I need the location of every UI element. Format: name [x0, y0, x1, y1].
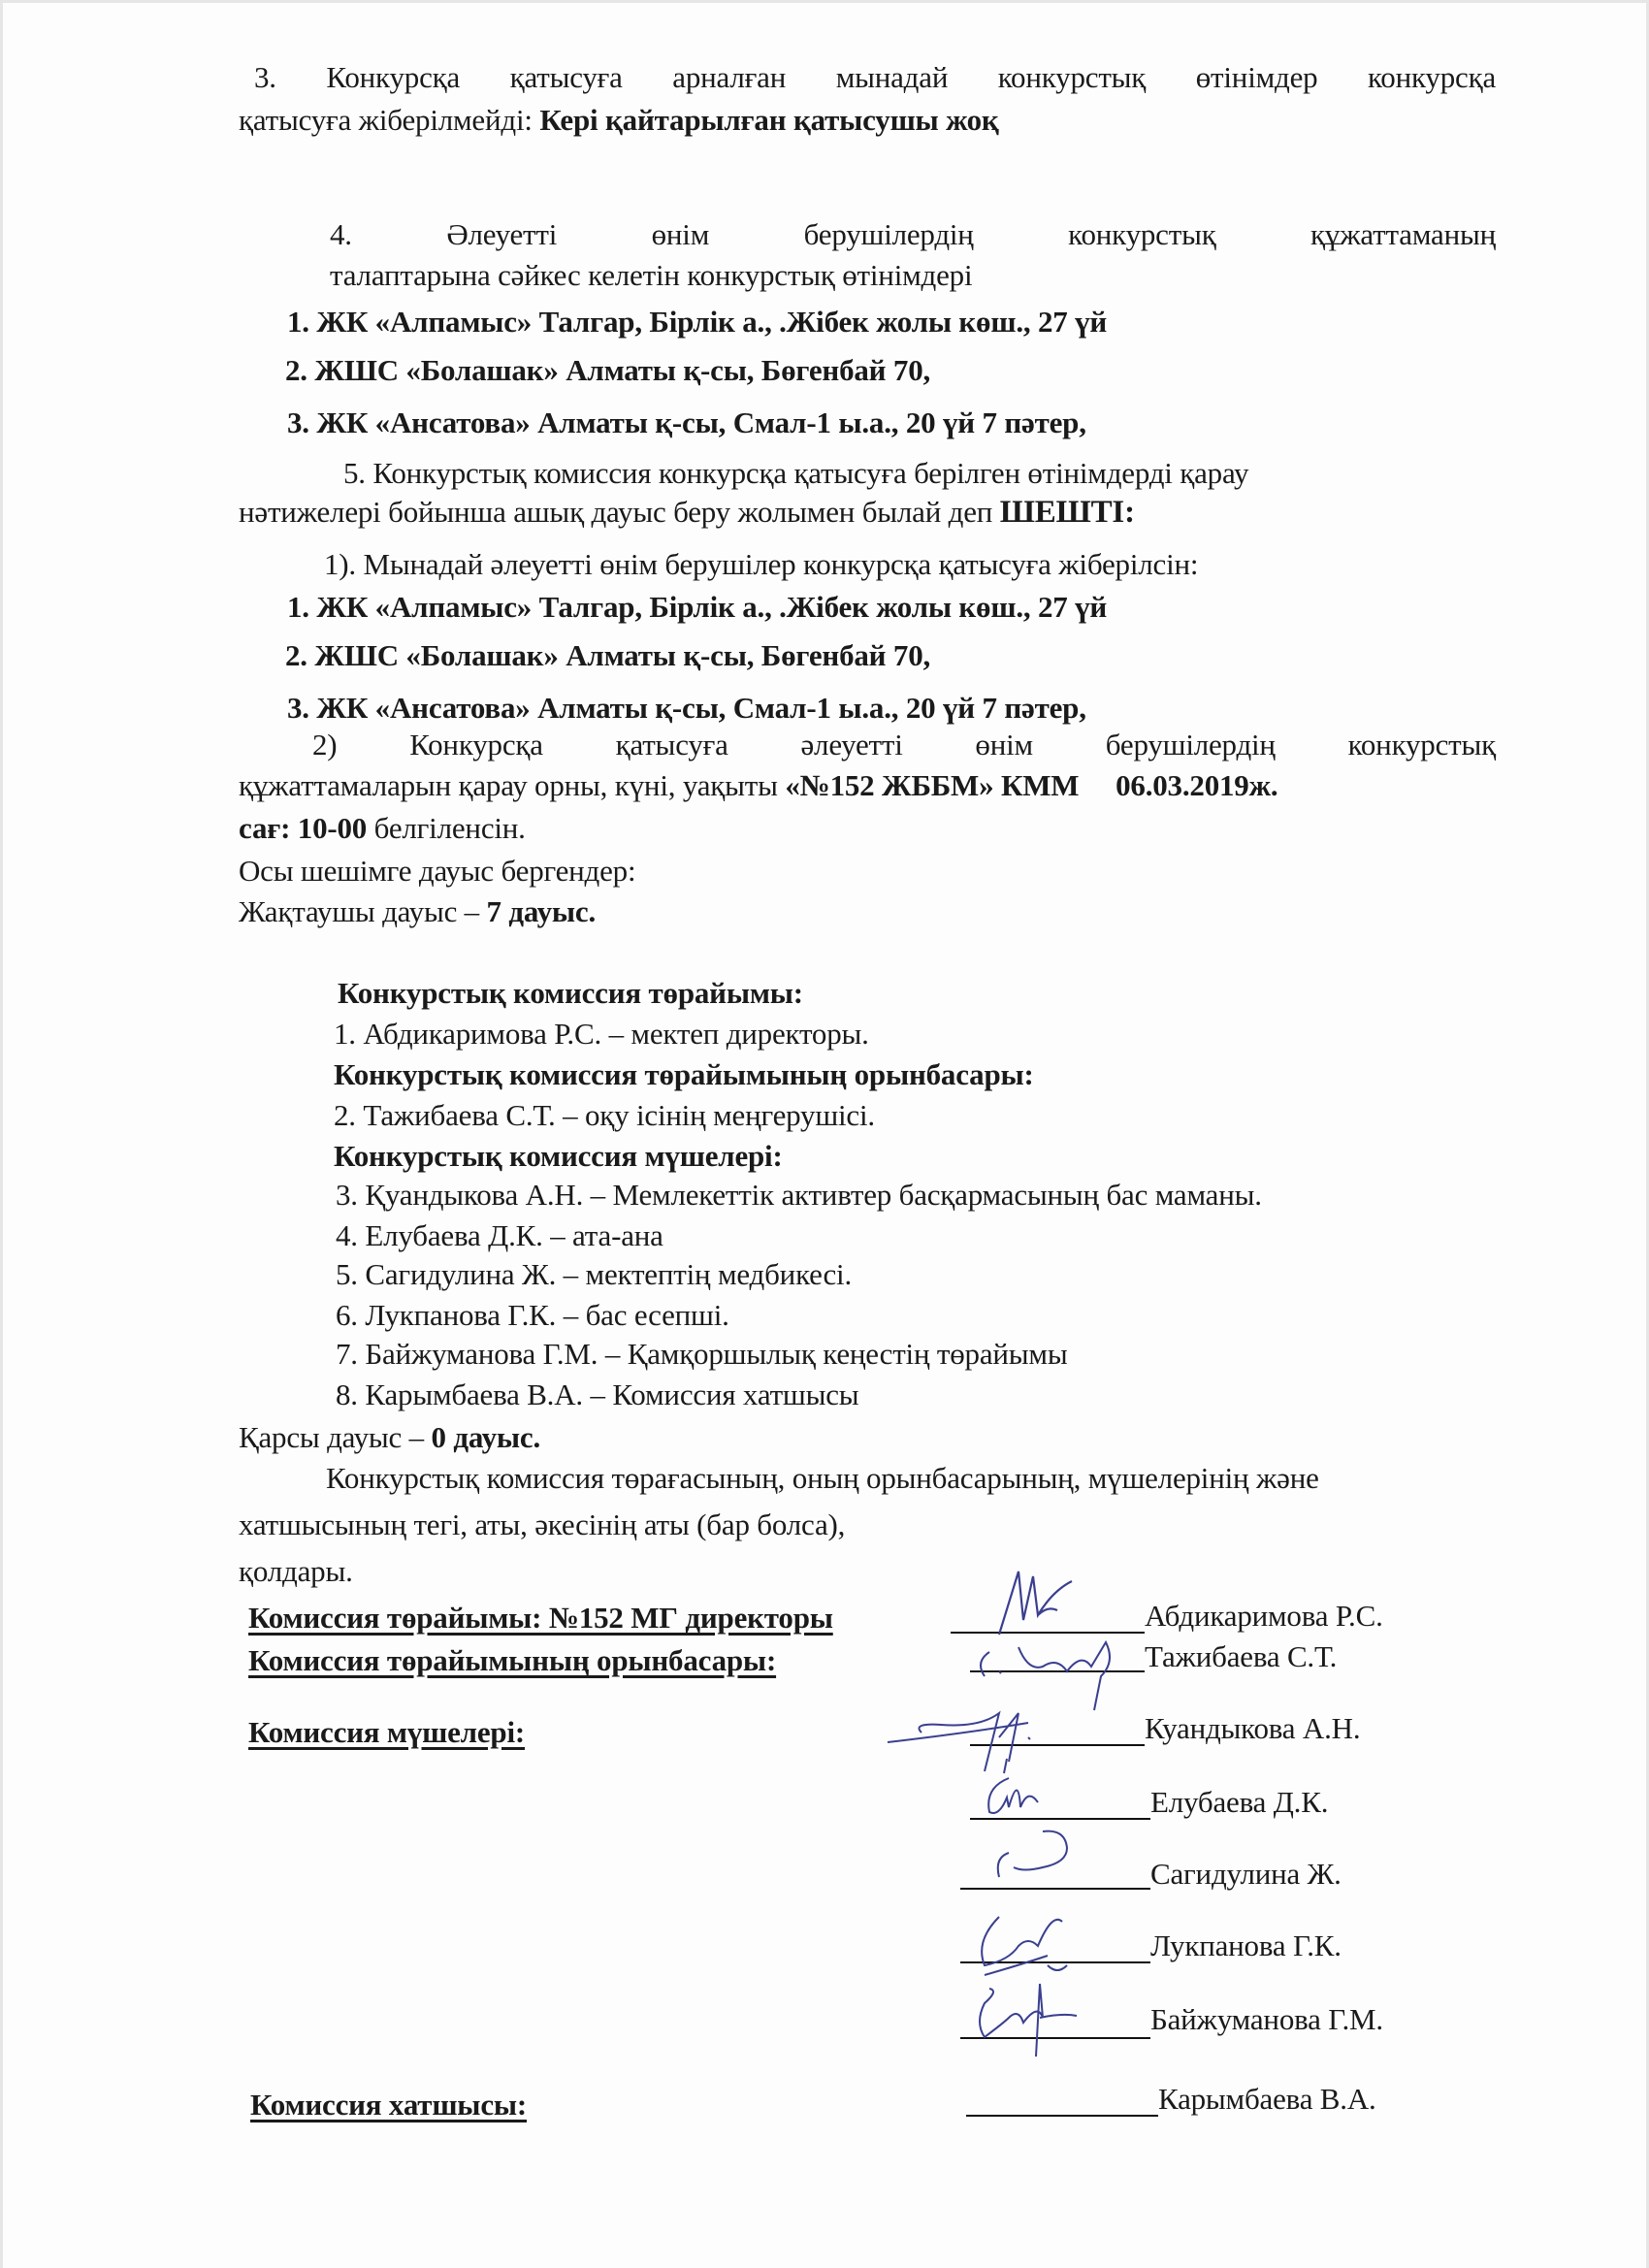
member-signature-name-1: Куандыкова А.Н. — [1145, 1709, 1360, 1748]
members-signature-label: Комиссия мүшелері: — [248, 1713, 525, 1752]
member-signature-4 — [970, 1907, 1086, 1990]
section3-line1: 3. Конкурсқа қатысуға арналған мынадай к… — [254, 58, 1496, 97]
chair-signature-name: Абдикаримова Р.С. — [1145, 1597, 1383, 1636]
decision2-line1: 2) Конкурсқа қатысуға әлеуетті өнім беру… — [312, 726, 1496, 764]
member-signature-name-5: Байжуманова Г.М. — [1150, 2000, 1383, 2039]
members-heading: Конкурстық комиссия мүшелері: — [334, 1137, 783, 1176]
voted-label: Осы шешімге дауыс бергендер: — [239, 852, 635, 891]
votes-for-label: Жақтаушы дауыс – — [239, 894, 487, 928]
closing-line1: Конкурстық комиссия төрағасының, оның ор… — [326, 1459, 1319, 1498]
member-signature-name-3: Сагидулина Ж. — [1150, 1855, 1342, 1894]
votes-against-count: 0 дауыс. — [432, 1420, 540, 1454]
votes-for: Жақтаушы дауыс – 7 дауыс. — [239, 892, 596, 931]
scan-edge-top — [0, 0, 1649, 3]
closing-line2: хатшысының тегі, аты, әкесінің аты (бар … — [239, 1506, 845, 1544]
votes-for-count: 7 дауыс. — [487, 894, 596, 928]
member-signature-name-4: Лукпанова Г.К. — [1150, 1927, 1342, 1965]
secretary-signature-name: Карымбаева В.А. — [1158, 2080, 1376, 2119]
section4-item-1: 1. ЖК «Алпамыс» Талгар, Бірлік а., .Жібе… — [287, 303, 1107, 341]
member-signature-name-2: Елубаева Д.К. — [1150, 1783, 1328, 1822]
decision2-line3-text: белгіленсін. — [367, 811, 526, 845]
votes-against-label: Қарсы дауыс – — [239, 1420, 432, 1454]
secretary-signature-line — [966, 2115, 1158, 2117]
deputy-member: 2. Тажибаева С.Т. – оқу ісінің меңгеруші… — [334, 1096, 875, 1135]
scan-edge-left — [0, 0, 3, 2268]
votes-against: Қарсы дауыс – 0 дауыс. — [239, 1418, 540, 1457]
chair-signature-label: Комиссия төрайымы: №152 МГ директоры — [248, 1599, 833, 1637]
closing-line3: қолдары. — [239, 1552, 353, 1591]
section5-line1: 5. Конкурстық комиссия конкурсқа қатысуғ… — [343, 454, 1248, 493]
section4-line2: талаптарына сәйкес келетін конкурстық өт… — [330, 256, 972, 295]
decision1-item-3: 3. ЖК «Ансатова» Алматы қ-сы, Смал-1 ы.а… — [287, 689, 1086, 728]
section4-line1: 4. Әлеуетті өнім берушілердің конкурстық… — [330, 215, 1496, 254]
decision1-item-1: 1. ЖК «Алпамыс» Талгар, Бірлік а., .Жібе… — [287, 588, 1107, 627]
deputy-heading: Конкурстық комиссия төрайымының орынбаса… — [334, 1055, 1034, 1094]
member-4: 4. Елубаева Д.К. – ата-ана — [336, 1216, 663, 1255]
section5-decided: ШЕШТІ: — [1000, 495, 1135, 530]
decision2-line2-text: құжаттамаларын қарау орны, күні, уақыты — [239, 768, 785, 802]
decision2-line2: құжаттамаларын қарау орны, күні, уақыты … — [239, 766, 1496, 805]
member-3: 3. Қуандыкова А.Н. – Мемлекеттік активте… — [336, 1176, 1262, 1215]
member-5: 5. Сагидулина Ж. – мектептің медбикесі. — [336, 1255, 852, 1294]
secretary-signature-label: Комиссия хатшысы: — [250, 2086, 527, 2124]
document-page: 3. Конкурсқа қатысуға арналған мынадай к… — [0, 0, 1649, 2268]
decision2-place-date: «№152 ЖББМ» КММ 06.03.2019ж. — [785, 768, 1277, 802]
member-signature-3 — [989, 1824, 1086, 1896]
section3-line2-text: қатысуға жіберілмейді: — [239, 103, 539, 137]
deputy-signature-name: Тажибаева С.Т. — [1145, 1637, 1337, 1676]
decision1-heading: 1). Мынадай әлеуетті өнім берушілер конк… — [324, 545, 1198, 584]
member-7: 7. Байжуманова Г.М. – Қамқоршылық кеңест… — [336, 1335, 1067, 1374]
decision2-time: сағ: 10-00 — [239, 811, 367, 845]
decision1-item-2: 2. ЖШС «Болашак» Алматы қ-сы, Бөгенбай 7… — [285, 636, 930, 675]
member-signature-5 — [970, 1979, 1086, 2061]
member-8: 8. Карымбаева В.А. – Комиссия хатшысы — [336, 1376, 858, 1414]
chair-heading: Конкурстық комиссия төрайымы: — [338, 974, 803, 1013]
deputy-signature-label: Комиссия төрайымының орынбасары: — [248, 1641, 776, 1680]
section5-line2-text: нәтижелері бойынша ашық дауыс беру жолым… — [239, 495, 1000, 529]
member-6: 6. Лукпанова Г.К. – бас есепші. — [336, 1296, 729, 1335]
chair-signature — [980, 1562, 1086, 1644]
section4-item-2: 2. ЖШС «Болашак» Алматы қ-сы, Бөгенбай 7… — [285, 351, 930, 390]
member-signature-2 — [980, 1754, 1057, 1827]
section5-line2: нәтижелері бойынша ашық дауыс беру жолым… — [239, 493, 1135, 532]
section3-result: Кері қайтарылған қатысушы жоқ — [539, 103, 998, 137]
section3-line2: қатысуға жіберілмейді: Кері қайтарылған … — [239, 101, 999, 140]
decision2-line3: сағ: 10-00 белгіленсін. — [239, 809, 526, 848]
chair-member: 1. Абдикаримова Р.С. – мектеп директоры. — [334, 1015, 869, 1053]
section4-item-3: 3. ЖК «Ансатова» Алматы қ-сы, Смал-1 ы.а… — [287, 404, 1086, 442]
